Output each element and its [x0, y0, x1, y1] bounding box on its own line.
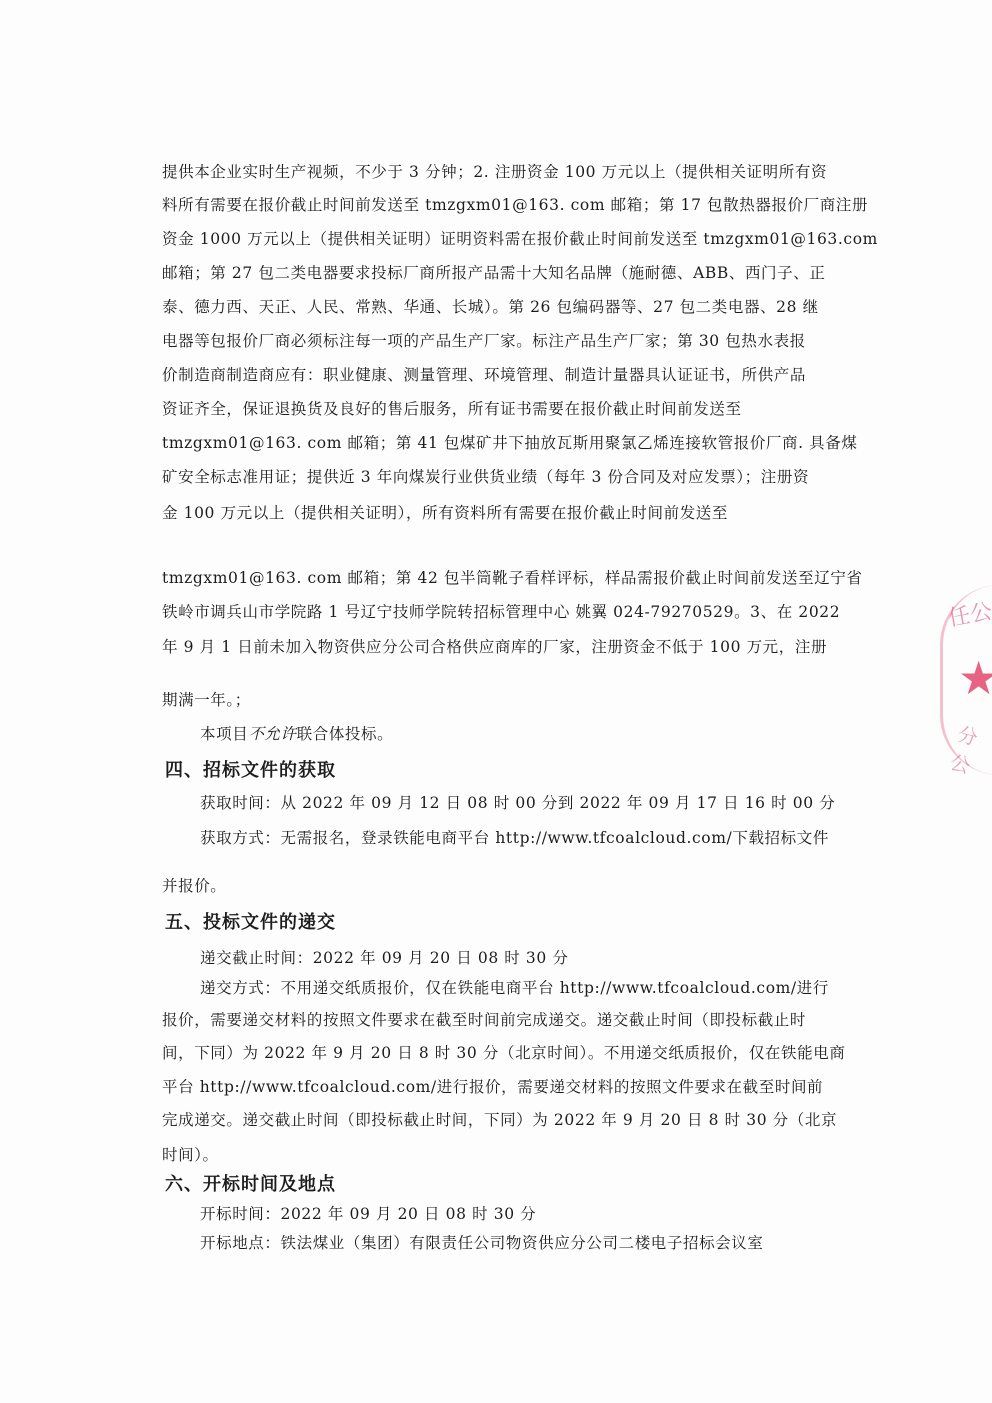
submission-method-line: 完成递交。递交截止时间（即投标截止时间，下同）为 2022 年 9 月 20 日…	[162, 1109, 832, 1131]
paragraph-line: tmzgxm01@163. com 邮箱；第 41 包煤矿井下抽放瓦斯用聚氯乙烯…	[162, 432, 832, 454]
star-icon: ★	[958, 655, 992, 701]
section-heading-5: 五、投标文件的递交	[165, 911, 336, 935]
submission-deadline: 递交截止时间：2022 年 09 月 20 日 08 时 30 分	[200, 947, 832, 969]
submission-method-line: 间，下同）为 2022 年 9 月 20 日 8 时 30 分（北京时间）。不用…	[162, 1042, 832, 1064]
paragraph-line: tmzgxm01@163. com 邮箱；第 42 包半筒靴子看样评标，样品需报…	[162, 567, 832, 589]
acquisition-method-cont: 并报价。	[162, 875, 832, 897]
paragraph-line: 资证齐全，保证退换货及良好的售后服务，所有证书需要在报价截止时间前发送至	[162, 398, 832, 420]
acquisition-method: 获取方式：无需报名，登录铁能电商平台 http://www.tfcoalclou…	[200, 827, 832, 849]
paragraph-line: 提供本企业实时生产视频，不少于 3 分钟；2. 注册资金 100 万元以上（提供…	[162, 161, 832, 183]
consortium-prefix: 本项目	[200, 725, 248, 743]
document-page: 提供本企业实时生产视频，不少于 3 分钟；2. 注册资金 100 万元以上（提供…	[0, 0, 992, 1403]
submission-method-line: 平台 http://www.tfcoalcloud.com/进行报价，需要递交材…	[162, 1076, 832, 1098]
opening-place: 开标地点：铁法煤业（集团）有限责任公司物资供应分公司二楼电子招标会议室	[200, 1232, 832, 1254]
paragraph-line: 矿安全标志准用证；提供近 3 年向煤炭行业供货业绩（每年 3 份合同及对应发票）…	[162, 466, 832, 488]
opening-time: 开标时间：2022 年 09 月 20 日 08 时 30 分	[200, 1203, 832, 1225]
paragraph-line: 料所有需要在报价截止时间前发送至 tmzgxm01@163. com 邮箱；第 …	[162, 194, 832, 216]
submission-method-line: 报价，需要递交材料的按照文件要求在截至时间前完成递交。递交截止时间（即投标截止时	[162, 1009, 832, 1031]
submission-method-line: 递交方式：不用递交纸质报价，仅在铁能电商平台 http://www.tfcoal…	[200, 977, 832, 999]
section-heading-4: 四、招标文件的获取	[165, 759, 336, 783]
paragraph-line: 金 100 万元以上（提供相关证明），所有资料所有需要在报价截止时间前发送至	[162, 502, 832, 524]
paragraph-line: 邮箱；第 27 包二类电器要求投标厂商所报产品需十大知名品牌（施耐德、ABB、西…	[162, 262, 832, 284]
paragraph-line: 泰、德力西、天正、人民、常熟、华通、长城）。第 26 包编码器等、27 包二类电…	[162, 296, 832, 318]
paragraph-line: 价制造商制造商应有：职业健康、测量管理、环境管理、制造计量器具认证证书，所供产品	[162, 364, 832, 386]
submission-method-line: 时间）。	[162, 1144, 832, 1166]
paragraph-line: 铁岭市调兵山市学院路 1 号辽宁技师学院转招标管理中心 姚翼 024-79270…	[162, 601, 832, 623]
paragraph-line: 年 9 月 1 日前未加入物资供应分公司合格供应商库的厂家，注册资金不低于 10…	[162, 636, 832, 658]
paragraph-line: 资金 1000 万元以上（提供相关证明）证明资料需在报价截止时间前发送至 tmz…	[162, 228, 832, 250]
consortium-statement: 本项目不允许联合体投标。	[200, 723, 832, 745]
acquisition-time: 获取时间：从 2022 年 09 月 12 日 08 时 00 分到 2022 …	[200, 792, 832, 814]
consortium-emphasis: 不允许	[248, 725, 296, 743]
section-heading-6: 六、开标时间及地点	[165, 1173, 336, 1197]
paragraph-line: 期满一年。；	[162, 689, 832, 711]
paragraph-line: 电器等包报价厂商必须标注每一项的产品生产厂家。标注产品生产厂家；第 30 包热水…	[162, 330, 832, 352]
consortium-suffix: 联合体投标。	[297, 725, 394, 743]
